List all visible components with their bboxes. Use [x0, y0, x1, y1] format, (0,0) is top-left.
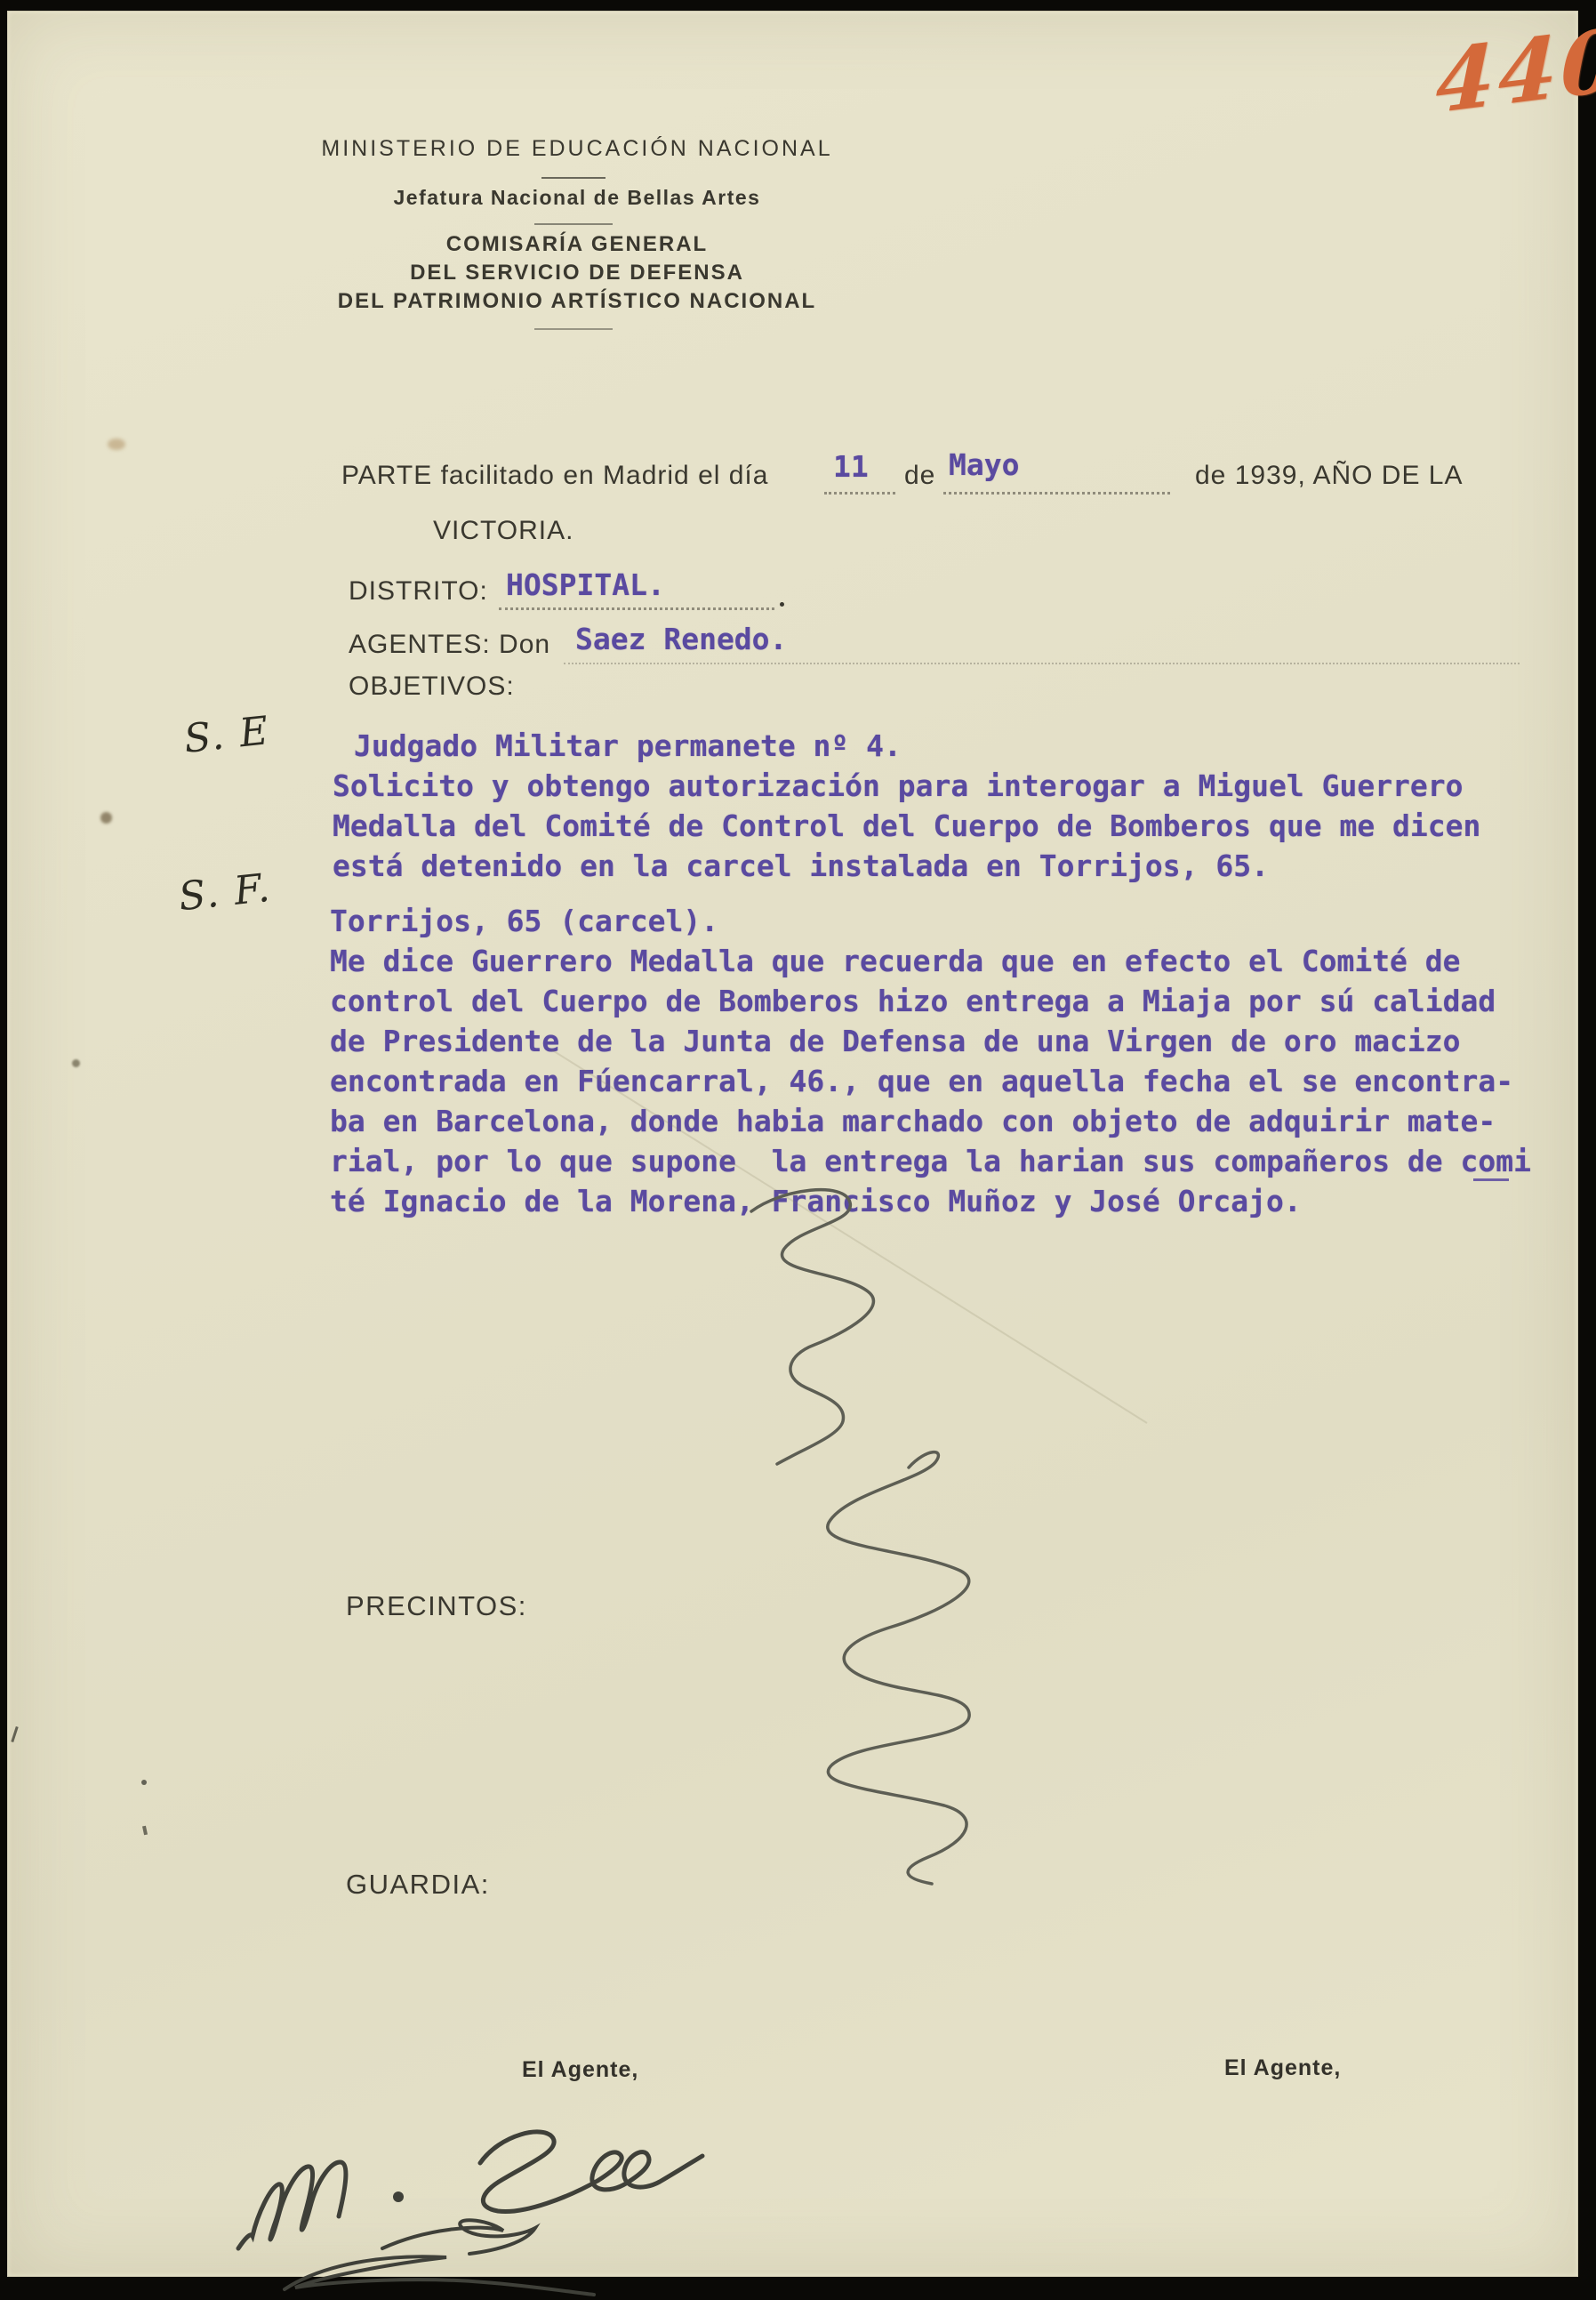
report-paragraph-1: Judgado Militar permanete nº 4. Solicito…	[333, 726, 1480, 886]
field-day-rule	[824, 492, 895, 495]
letterhead-divider	[541, 177, 606, 179]
field-day-value: 11	[833, 449, 869, 484]
agentes-value: Saez Renedo.	[575, 622, 787, 656]
letterhead-commissariat-line3: DEL PATRIMONIO ARTÍSTICO NACIONAL	[301, 289, 853, 314]
margin-note-se: S. E	[182, 708, 272, 762]
report-line: Judgado Militar permanete nº 4.	[333, 726, 1480, 766]
distrito-label: DISTRITO:	[349, 576, 488, 607]
victoria-label: VICTORIA.	[433, 516, 573, 546]
report-line: Torrijos, 65 (carcel).	[330, 901, 1531, 941]
report-line: té Ignacio de la Morena, Francisco Muñoz…	[330, 1181, 1531, 1221]
precintos-label: PRECINTOS:	[346, 1590, 527, 1622]
letterhead-commissariat-line1: COMISARÍA GENERAL	[301, 232, 853, 257]
scanned-document: 440 MINISTERIO DE EDUCACIÓN NACIONAL Jef…	[0, 0, 1596, 2300]
report-line: Solicito y obtengo autorización para int…	[333, 766, 1480, 806]
distrito-rule	[499, 607, 774, 610]
letterhead-divider	[534, 223, 613, 225]
pen-mark	[11, 1726, 18, 1742]
report-line: Medalla del Comité de Control del Cuerpo…	[333, 806, 1480, 846]
distrito-value: HOSPITAL.	[506, 567, 665, 602]
letterhead-divider	[534, 328, 613, 330]
agent-signature-label-left: El Agente,	[522, 2057, 638, 2083]
letterhead-department: Jefatura Nacional de Bellas Artes	[301, 186, 853, 210]
report-line: encontrada en Fúencarral, 46., que en aq…	[330, 1061, 1531, 1101]
report-line: de Presidente de la Junta de Defensa de …	[330, 1021, 1531, 1061]
agent-signature-label-right: El Agente,	[1224, 2055, 1341, 2081]
report-paragraph-2: Torrijos, 65 (carcel). Me dice Guerrero …	[330, 901, 1531, 1221]
paper-stain	[108, 438, 125, 450]
field-month-value: Mayo	[949, 447, 1019, 482]
letterhead-ministry: MINISTERIO DE EDUCACIÓN NACIONAL	[301, 136, 853, 162]
report-line: Me dice Guerrero Medalla que recuerda qu…	[330, 941, 1531, 981]
paper-stain	[141, 1780, 147, 1785]
parte-line-prefix: PARTE facilitado en Madrid el día	[341, 461, 768, 491]
guardia-label: GUARDIA:	[346, 1869, 490, 1901]
distrito-rule-end-dot	[780, 602, 784, 607]
page-number-annotation: 440	[1435, 9, 1596, 133]
field-month-rule	[943, 492, 1170, 495]
document-page: 440 MINISTERIO DE EDUCACIÓN NACIONAL Jef…	[7, 11, 1578, 2277]
agentes-rule	[564, 663, 1520, 664]
parte-line-suffix: de 1939, AÑO DE LA	[1195, 461, 1464, 491]
report-line: está detenido en la carcel instalada en …	[333, 846, 1480, 886]
letterhead-commissariat-line2: DEL SERVICIO DE DEFENSA	[301, 261, 853, 285]
report-line: rial, por lo que supone la entrega la ha…	[330, 1141, 1531, 1181]
objetivos-label: OBJETIVOS:	[349, 672, 515, 702]
paper-stain	[72, 1059, 80, 1067]
paper-stain	[100, 812, 112, 824]
report-line: control del Cuerpo de Bomberos hizo entr…	[330, 981, 1531, 1021]
margin-note-sf: S. F.	[177, 865, 274, 921]
continuation-underline	[1473, 1178, 1509, 1181]
report-line: ba en Barcelona, donde habia marchado co…	[330, 1101, 1531, 1141]
pen-mark	[142, 1826, 148, 1836]
parte-line-de: de	[904, 461, 935, 491]
agentes-label: AGENTES: Don	[349, 630, 550, 660]
